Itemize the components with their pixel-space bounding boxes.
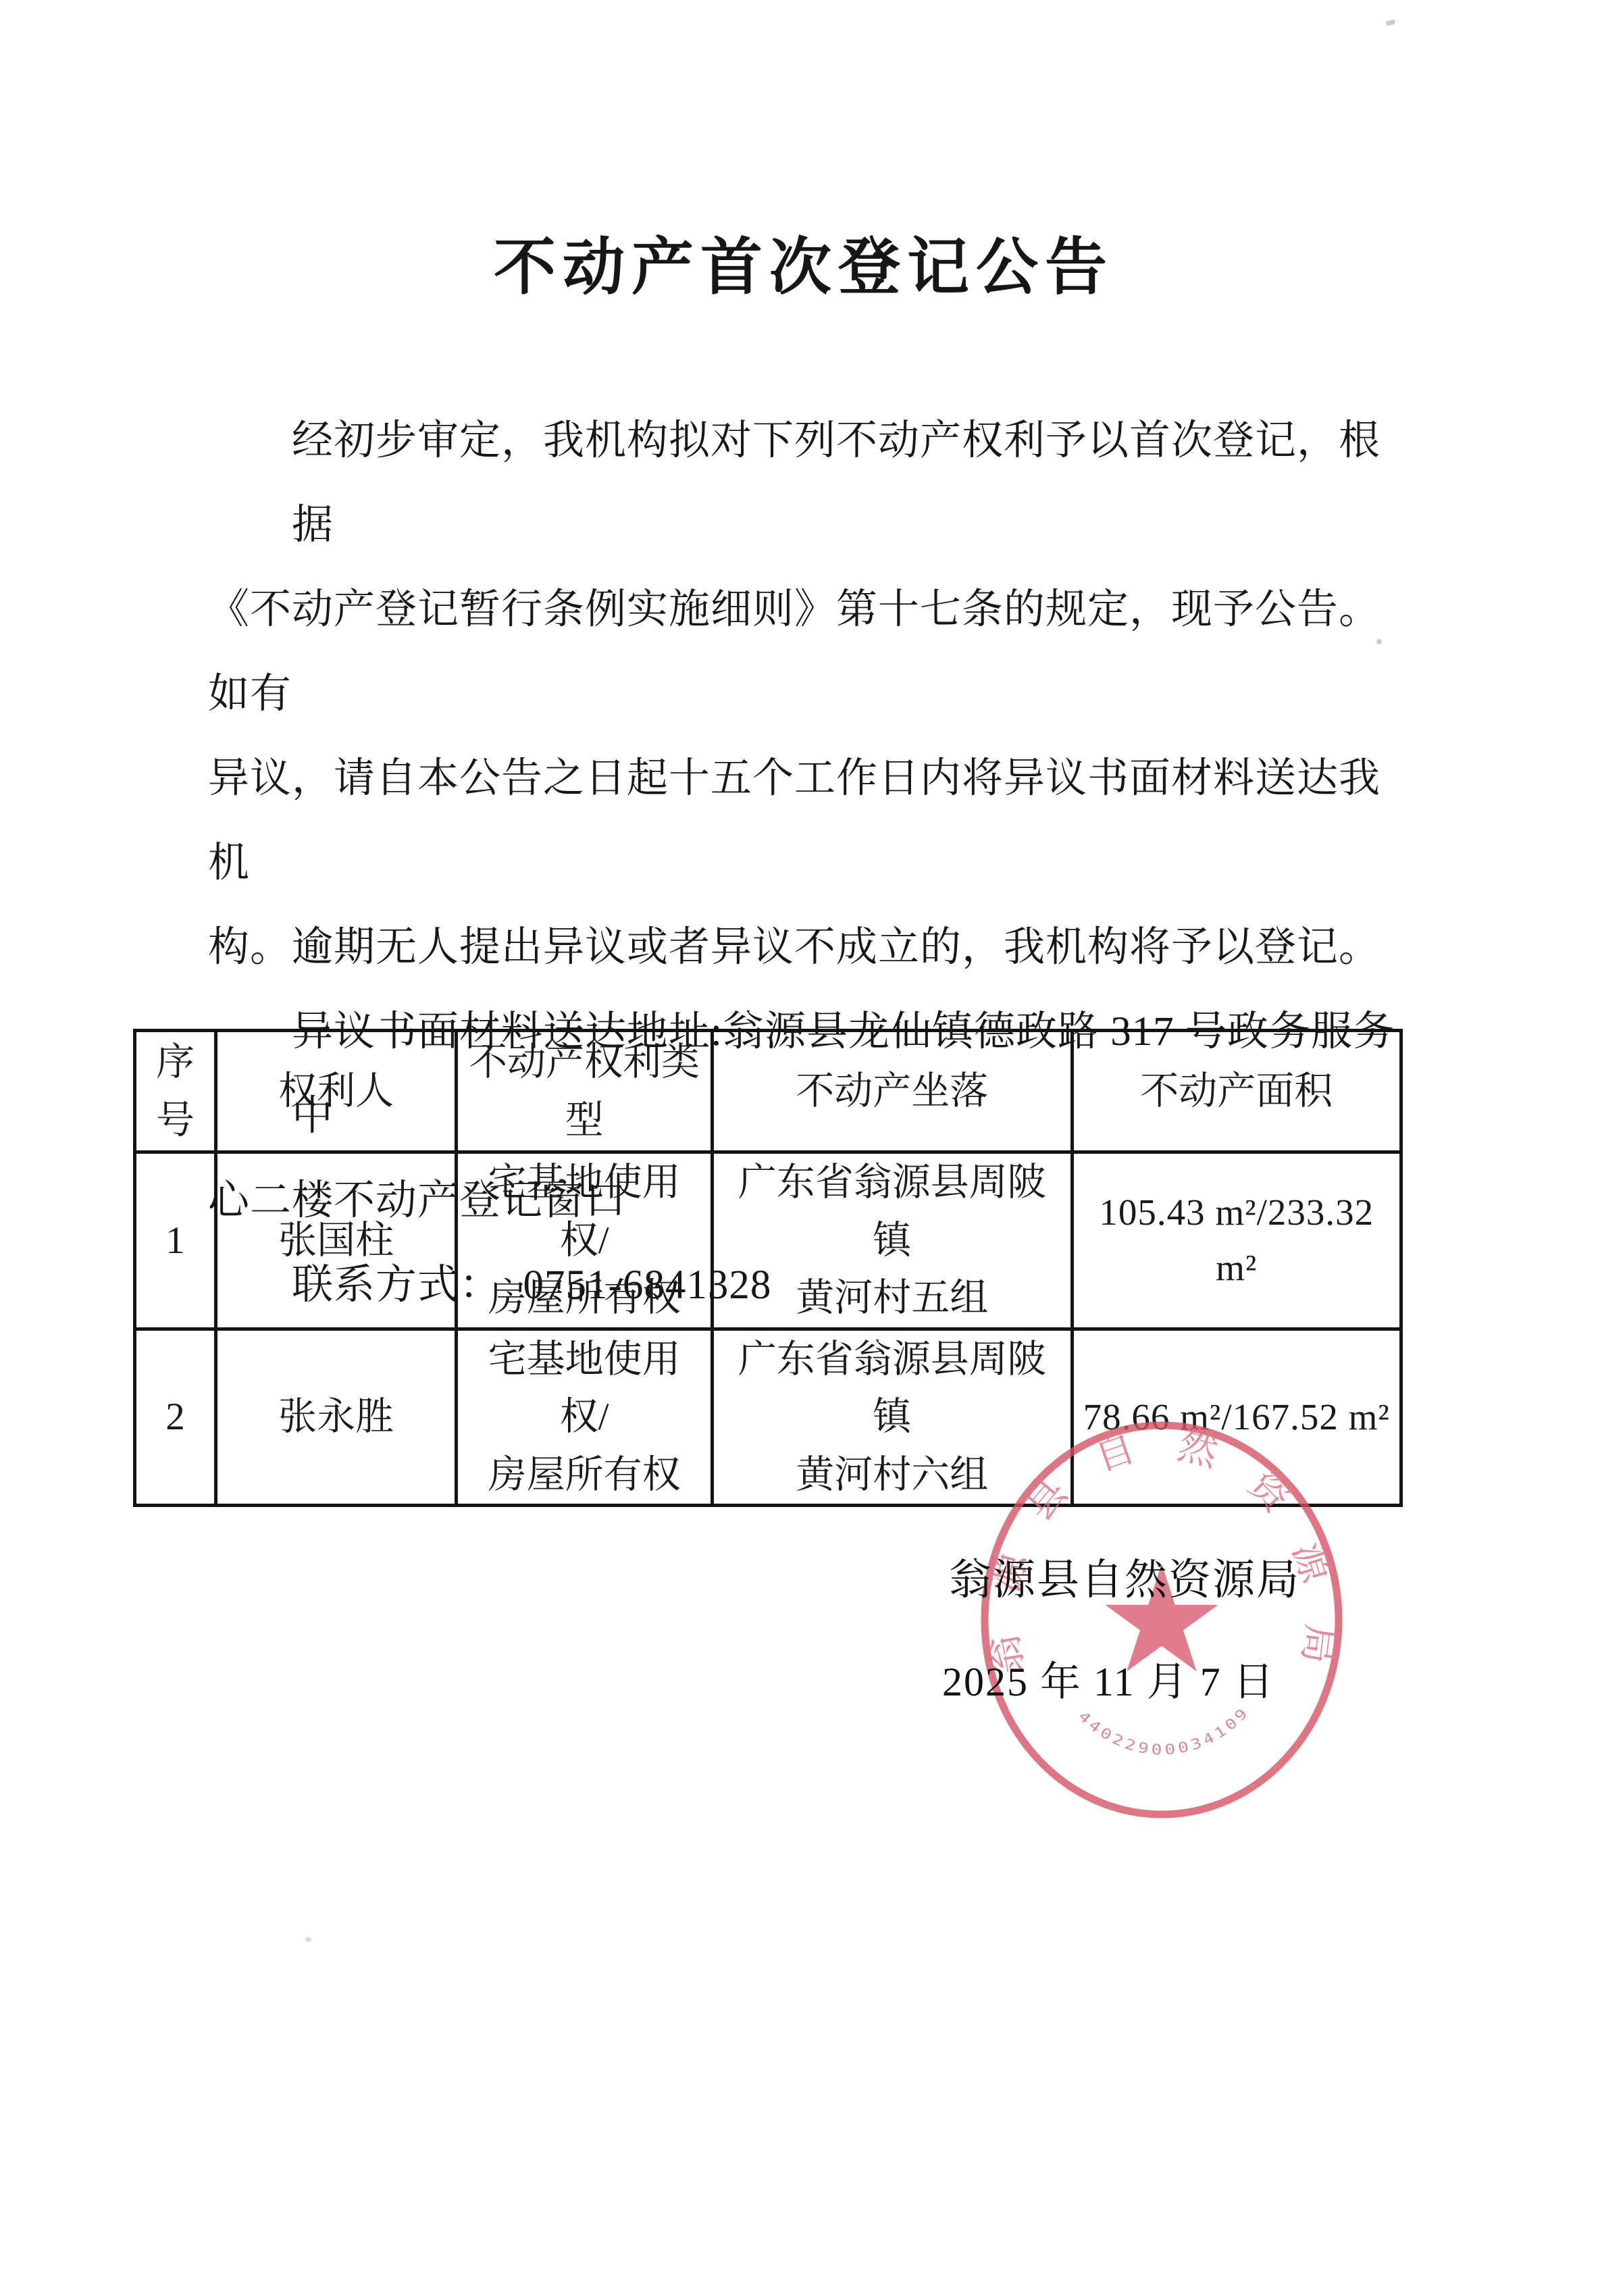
scan-artifact [1376, 639, 1382, 644]
paragraph-line: 构。逾期无人提出异议或者异议不成立的，我机构将予以登记。 [208, 905, 1417, 990]
cell-holder: 张国柱 [216, 1152, 457, 1329]
header-cell-location: 不动产坐落 [713, 1031, 1073, 1152]
table-header-row: 序号 权利人 不动产权利类型 不动产坐落 不动产面积 [135, 1031, 1401, 1152]
scan-artifact [305, 1937, 311, 1942]
header-cell-right-type: 不动产权利类型 [457, 1031, 713, 1152]
announcement-page: 不动产首次登记公告 经初步审定，我机构拟对下列不动产权利予以首次登记，根据 《不… [0, 0, 1600, 2296]
cell-location: 广东省翁源县周陂镇 黄河村五组 [713, 1152, 1073, 1329]
paragraph-line: 经初步审定，我机构拟对下列不动产权利予以首次登记，根据 [208, 399, 1417, 567]
cell-holder: 张永胜 [216, 1329, 457, 1506]
seal-serial-container: 44022900034109 [1075, 1703, 1253, 1758]
paragraph-line: 异议，请自本公告之日起十五个工作日内将异议书面材料送达我机 [208, 736, 1417, 905]
cell-right-type: 宅基地使用权/ 房屋所有权 [457, 1152, 713, 1329]
signature-date: 2025 年 11 月 7 日 [942, 1650, 1275, 1708]
header-cell-holder: 权利人 [216, 1031, 457, 1152]
table-row: 1 张国柱 宅基地使用权/ 房屋所有权 广东省翁源县周陂镇 黄河村五组 105.… [135, 1152, 1401, 1329]
page-title: 不动产首次登记公告 [209, 218, 1398, 307]
cell-right-type: 宅基地使用权/ 房屋所有权 [457, 1329, 713, 1506]
header-cell-area: 不动产面积 [1072, 1031, 1401, 1152]
seal-serial: 44022900034109 [1075, 1703, 1253, 1758]
cell-index: 2 [135, 1329, 216, 1506]
paragraph-line: 《不动产登记暂行条例实施细则》第十七条的规定，现予公告。如有 [208, 567, 1417, 736]
scan-artifact [1385, 19, 1395, 26]
cell-area: 105.43 m²/233.32 m² [1072, 1152, 1401, 1329]
signature-organization: 翁源县自然资源局 [949, 1546, 1300, 1607]
header-cell-index: 序号 [135, 1031, 216, 1152]
cell-index: 1 [135, 1152, 216, 1329]
official-seal: 翁源县自然资源局 44022900034109 [966, 1410, 1358, 1829]
